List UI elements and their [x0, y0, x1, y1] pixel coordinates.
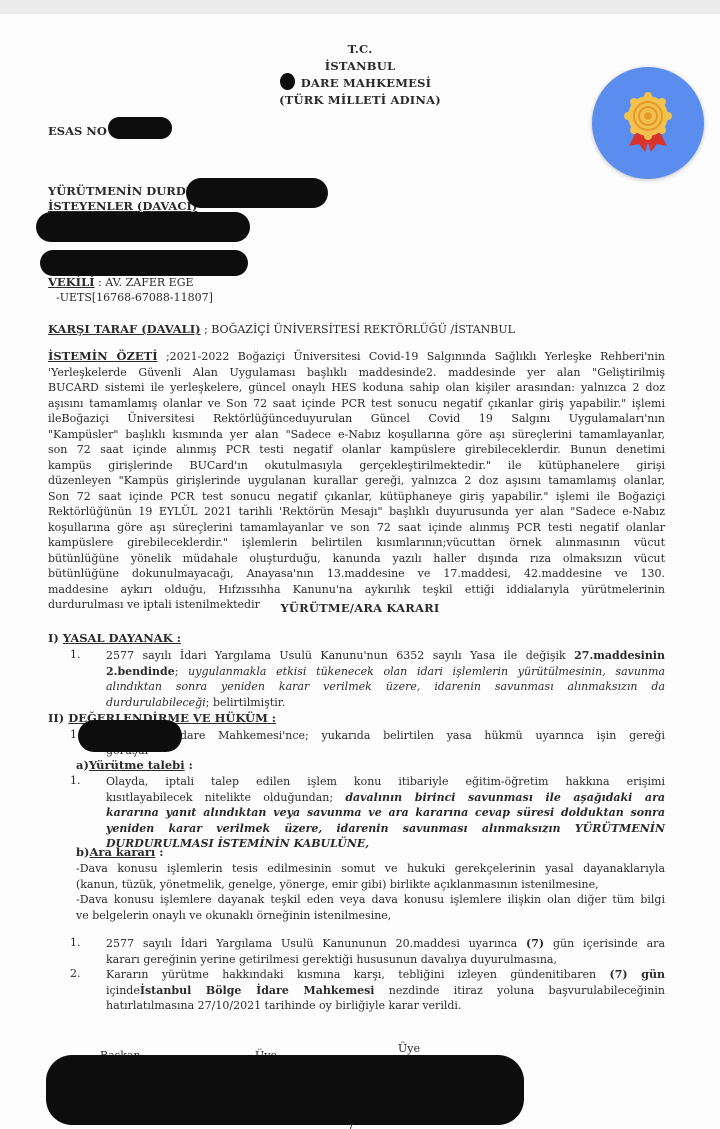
request-summary: İSTEMİN ÖZETİ ;2021-2022 Boğaziçi Üniver…	[48, 349, 665, 613]
subsection-b-text: -Dava konusu işlemlerin tesis edilmesini…	[76, 861, 665, 923]
redaction-esas-no	[108, 117, 172, 139]
final-item-line: hatırlatılmasına 27/10/2021 tarihinde oy…	[106, 998, 665, 1014]
section1-item-text: 2577 sayılı İdari Yargılama Usulü Kanunu…	[106, 648, 665, 710]
section1-line: 2577 sayılı İdari Yargılama Usulü Kanunu…	[106, 648, 665, 664]
summary-line: bütünlüğüne yönelik müdahale oluşturduğu…	[48, 551, 665, 567]
summary-line: aşısını tamamlamış olanlar ve Son 72 saa…	[48, 396, 665, 412]
plaintiff-label-line2: İSTEYENLER (DAVACI)	[48, 199, 197, 213]
decision-title: YÜRÜTME/ARA KARARI	[0, 601, 720, 615]
section1-line: 2.bendinde; uygulanmakla etkisi tükenece…	[106, 664, 665, 680]
defendant-row: KARŞI TARAF (DAVALI) ; BOĞAZİÇİ ÜNİVERSİ…	[48, 322, 515, 338]
final-item-text: Kararın yürütme hakkındaki kısmına karşı…	[106, 967, 665, 1014]
subsection-a-title: Yürütme talebi	[89, 758, 185, 772]
summary-line: maddesine aykırı olduğu, Hıfzıssıhha Kan…	[48, 582, 665, 598]
subsection-a-line: kararına yanıt alındıktan veya savunma v…	[106, 805, 665, 821]
subsection-a-line: Olayda, iptali talep edilen işlem konu i…	[106, 774, 665, 790]
attorney-row: VEKİLİ : AV. ZAFER EGE	[48, 275, 194, 291]
summary-line: ileBoğaziçi Üniversitesi Rektörlüğüncedu…	[48, 411, 665, 427]
subsection-a-text: Olayda, iptali talep edilen işlem konu i…	[106, 774, 665, 852]
subsection-a-line: DURDURULMASI İSTEMİNİN KABULÜNE,	[106, 836, 665, 852]
summary-line: İSTEMİN ÖZETİ ;2021-2022 Boğaziçi Üniver…	[48, 349, 665, 365]
summary-line: kampüslere girebileceklerdir." işlemleri…	[48, 535, 665, 551]
redaction-plaintiff-1	[186, 178, 328, 208]
award-badge[interactable]	[592, 67, 704, 179]
subsection-a-line: yeniden karar verilmek üzere, idarenin s…	[106, 821, 665, 837]
subsection-a-line: kısıtlayabilecek nitelikte olduğundan; d…	[106, 790, 665, 806]
summary-line: BUCARD sistemi ile yerleşkelere, güncel …	[48, 380, 665, 396]
redaction-court-name	[78, 720, 182, 752]
redaction-mark	[280, 73, 295, 90]
court-document-page: T.C. İSTANBUL DARE MAHKEMESİ (TÜRK MİLLE…	[0, 14, 720, 1129]
subsection-b-title: Ara kararı	[89, 845, 155, 859]
summary-line: "Kampüsler" başlıklı kısmında yer alan "…	[48, 427, 665, 443]
section1-heading: I) YASAL DAYANAK :	[48, 631, 181, 645]
header-city: İSTANBUL	[0, 59, 720, 73]
final-item-number: 1.	[70, 936, 81, 949]
final-item-line: içindeİstanbul Bölge İdare Mahkemesi nez…	[106, 983, 665, 999]
header-tc: T.C.	[0, 42, 720, 56]
section1-line: durdurulabileceği; belirtilmiştir.	[106, 695, 665, 711]
subsection-b-line: -Dava konusu işlemlerin tesis edilmesini…	[76, 861, 665, 877]
final-item-line: Kararın yürütme hakkındaki kısmına karşı…	[106, 967, 665, 983]
summary-line: Rektörlüğünün 19 EYLÜL 2021 tarihli 'Rek…	[48, 504, 665, 520]
attorney-name: : AV. ZAFER EGE	[98, 276, 194, 289]
esas-no-label: ESAS NO	[48, 124, 107, 138]
summary-line: Son 72 saat içinde PCR test sonucu negat…	[48, 489, 665, 505]
section1-item-number: 1.	[70, 648, 81, 661]
summary-label: İSTEMİN ÖZETİ	[48, 349, 158, 363]
summary-line: son 72 saat içinde alınmış PCR testi neg…	[48, 442, 665, 458]
attorney-label: VEKİLİ	[48, 275, 95, 289]
footer-mark: /	[349, 1120, 353, 1129]
subsection-b-line: (kanun, tüzük, yönetmelik, genelge, yöne…	[76, 877, 665, 893]
final-item-line: 2577 sayılı İdari Yargılama Usulü Kanunu…	[106, 936, 665, 952]
redaction-signatures	[46, 1055, 524, 1125]
redaction-plaintiff-3	[40, 250, 248, 276]
redaction-plaintiff-2	[36, 212, 250, 242]
section1-line: alındıktan sonra yeniden karar verilmek …	[106, 679, 665, 695]
section1-title: YASAL DAYANAK :	[63, 631, 181, 645]
subsection-b-line: -Dava konusu işlemlere dayanak teşkil ed…	[76, 892, 665, 908]
final-item-number: 2.	[70, 967, 81, 980]
section2-item-line1: dare Mahkemesi'nce; yukarıda belirtilen …	[180, 728, 665, 744]
final-item-text: 2577 sayılı İdari Yargılama Usulü Kanunu…	[106, 936, 665, 967]
award-medal-icon	[623, 92, 673, 154]
defendant-name: ; BOĞAZİÇİ ÜNİVERSİTESİ REKTÖRLÜĞÜ /İSTA…	[204, 323, 515, 336]
summary-line: düzenleyen "Kampüs girişlerinde uygulana…	[48, 473, 665, 489]
final-item-line: kararı gereğinin yerine getirilmesi gere…	[106, 952, 665, 968]
attorney-uets: -UETS[16768-67088-11807]	[56, 290, 213, 306]
summary-line: koşullarına göre aşı süreçlerini tamamla…	[48, 520, 665, 536]
subsection-a-item-number: 1.	[70, 774, 81, 787]
defendant-label: KARŞI TARAF (DAVALI)	[48, 322, 201, 336]
subsection-b-line: ve belgelerin onaylı ve okunaklı örneğin…	[76, 908, 665, 924]
subsection-b-heading: b)Ara kararı :	[76, 845, 164, 859]
subsection-a-heading: a)Yürütme talebi :	[76, 758, 193, 772]
summary-line: bütünlüğüne dokunulmayacağı, Anayasa'nın…	[48, 566, 665, 582]
summary-line: kampüs girişlerinde BUCard'ın okutulması…	[48, 458, 665, 474]
summary-line: 'Yerleşkelerde Güvenli Alan Uygulaması b…	[48, 365, 665, 381]
